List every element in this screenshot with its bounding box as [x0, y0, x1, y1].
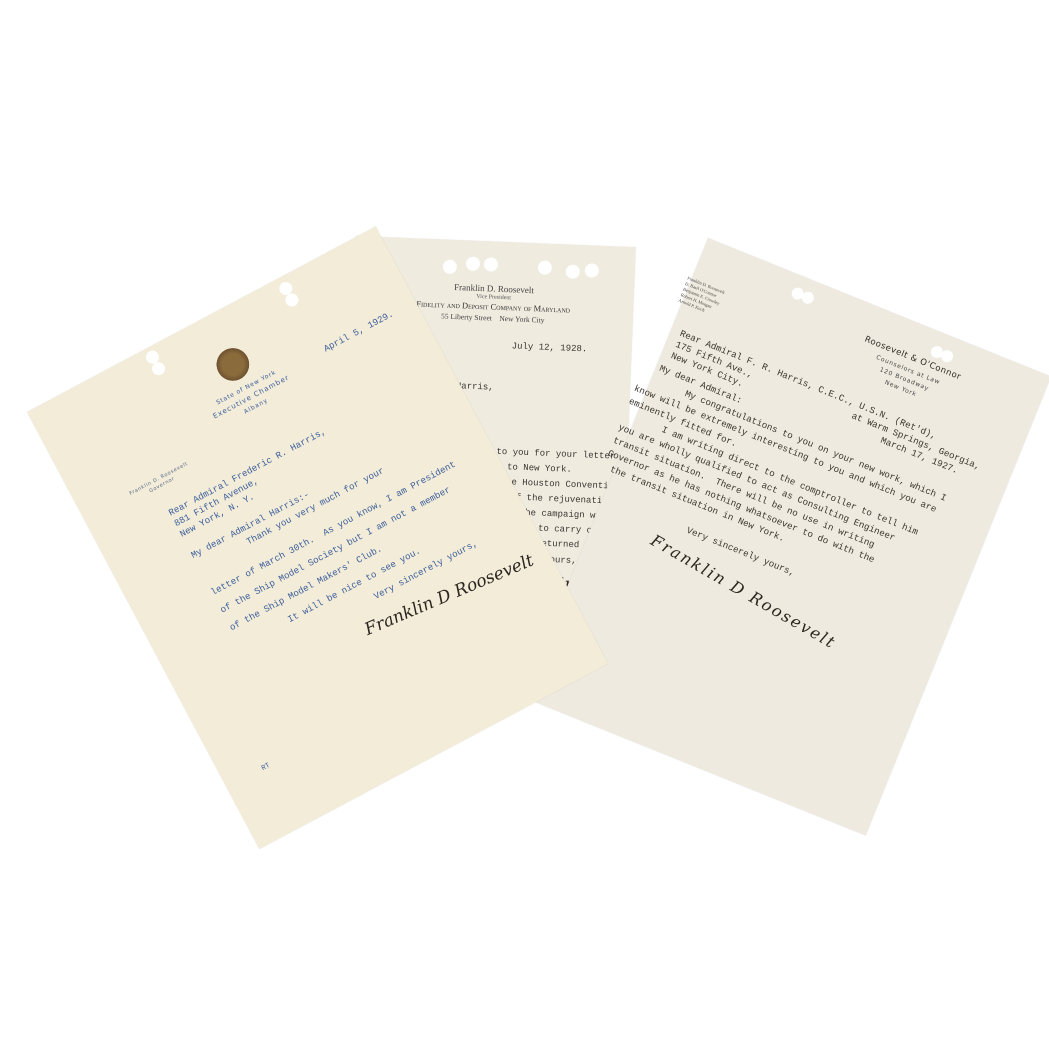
- punch-hole: [484, 257, 499, 272]
- punch-hole: [466, 256, 481, 271]
- state-seal-icon: [216, 344, 250, 382]
- punch-hole: [538, 260, 553, 275]
- letter-date: July 12, 1928.: [511, 340, 587, 356]
- punch-hole: [443, 260, 458, 275]
- punch-hole: [585, 263, 600, 278]
- typist-initials: RT: [259, 760, 273, 776]
- letter-date: April 5, 1929.: [321, 308, 396, 356]
- punch-hole: [565, 264, 580, 279]
